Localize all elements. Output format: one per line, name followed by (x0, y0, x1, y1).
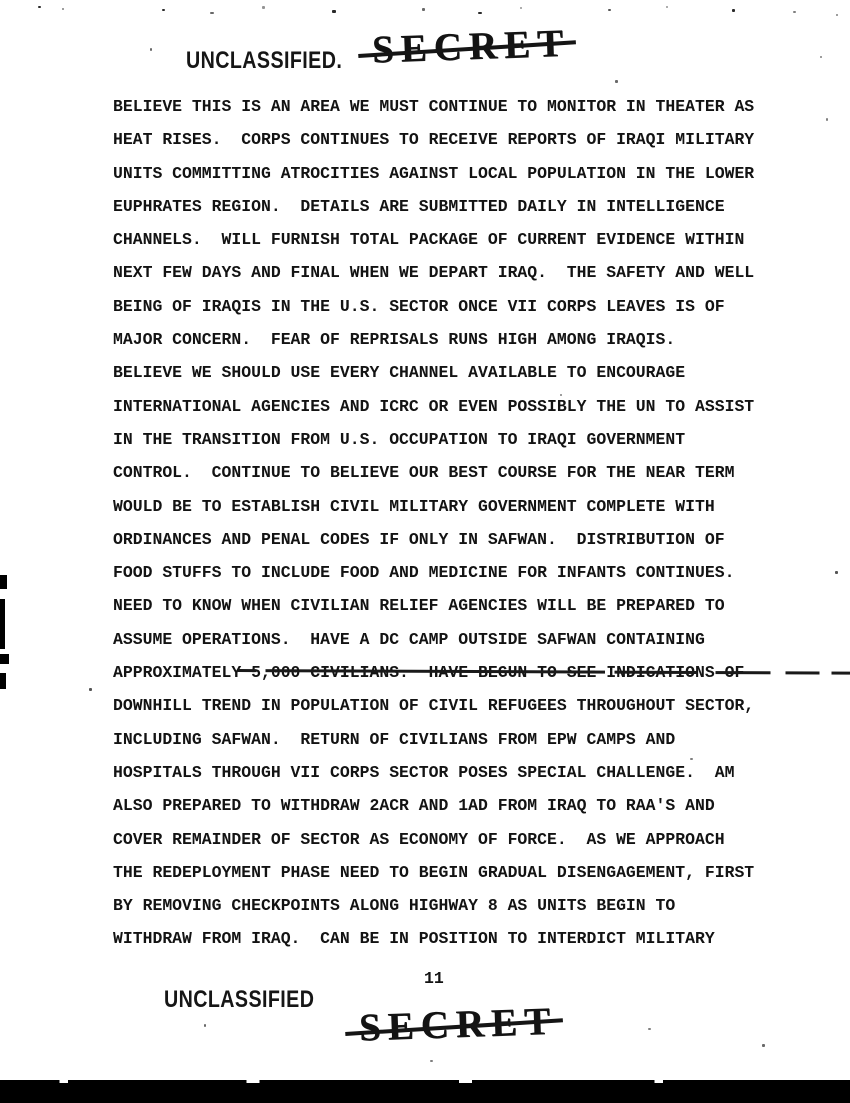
scanned-document-page: UNCLASSIFIED. SECRET BELIEVE THIS IS AN … (0, 0, 850, 1103)
body-line: ALSO PREPARED TO WITHDRAW 2ACR AND 1AD F… (113, 789, 793, 822)
body-line: THE REDEPLOYMENT PHASE NEED TO BEGIN GRA… (113, 856, 793, 889)
body-line: UNITS COMMITTING ATROCITIES AGAINST LOCA… (113, 157, 793, 190)
body-line: HEAT RISES. CORPS CONTINUES TO RECEIVE R… (113, 123, 793, 156)
header-secret-stamp-struck: SECRET (371, 21, 571, 73)
body-line: EUPHRATES REGION. DETAILS ARE SUBMITTED … (113, 190, 793, 223)
body-line: COVER REMAINDER OF SECTOR AS ECONOMY OF … (113, 823, 793, 856)
body-line: INCLUDING SAFWAN. RETURN OF CIVILIANS FR… (113, 723, 793, 756)
body-line: WOULD BE TO ESTABLISH CIVIL MILITARY GOV… (113, 490, 793, 523)
body-line: WITHDRAW FROM IRAQ. CAN BE IN POSITION T… (113, 922, 793, 955)
body-line: BEING OF IRAQIS IN THE U.S. SECTOR ONCE … (113, 290, 793, 323)
body-line: ORDINANCES AND PENAL CODES IF ONLY IN SA… (113, 523, 793, 556)
header-unclassified-label: UNCLASSIFIED. (186, 47, 342, 75)
body-line: INTERNATIONAL AGENCIES AND ICRC OR EVEN … (113, 390, 793, 423)
left-edge-scan-mark (0, 673, 6, 689)
body-line: MAJOR CONCERN. FEAR OF REPRISALS RUNS HI… (113, 323, 793, 356)
body-line: IN THE TRANSITION FROM U.S. OCCUPATION T… (113, 423, 793, 456)
body-line: ASSUME OPERATIONS. HAVE A DC CAMP OUTSID… (113, 623, 793, 656)
bottom-scan-edge-bar (0, 1083, 850, 1103)
body-line: HOSPITALS THROUGH VII CORPS SECTOR POSES… (113, 756, 793, 789)
body-line: CONTROL. CONTINUE TO BELIEVE OUR BEST CO… (113, 456, 793, 489)
body-line: BY REMOVING CHECKPOINTS ALONG HIGHWAY 8 … (113, 889, 793, 922)
body-line: NEXT FEW DAYS AND FINAL WHEN WE DEPART I… (113, 256, 793, 289)
body-line: CHANNELS. WILL FURNISH TOTAL PACKAGE OF … (113, 223, 793, 256)
left-edge-scan-mark (0, 654, 9, 664)
body-line: FOOD STUFFS TO INCLUDE FOOD AND MEDICINE… (113, 556, 793, 589)
body-line: DOWNHILL TREND IN POPULATION OF CIVIL RE… (113, 689, 793, 722)
body-line: BELIEVE THIS IS AN AREA WE MUST CONTINUE… (113, 90, 793, 123)
left-edge-scan-mark (0, 599, 5, 649)
body-line: NEED TO KNOW WHEN CIVILIAN RELIEF AGENCI… (113, 589, 793, 622)
document-body: BELIEVE THIS IS AN AREA WE MUST CONTINUE… (113, 90, 793, 956)
body-line: BELIEVE WE SHOULD USE EVERY CHANNEL AVAI… (113, 356, 793, 389)
left-edge-scan-mark (0, 575, 7, 589)
footer-unclassified-label: UNCLASSIFIED (164, 986, 314, 1014)
page-number: 11 (424, 969, 444, 988)
footer-secret-stamp-struck: SECRET (358, 999, 558, 1051)
